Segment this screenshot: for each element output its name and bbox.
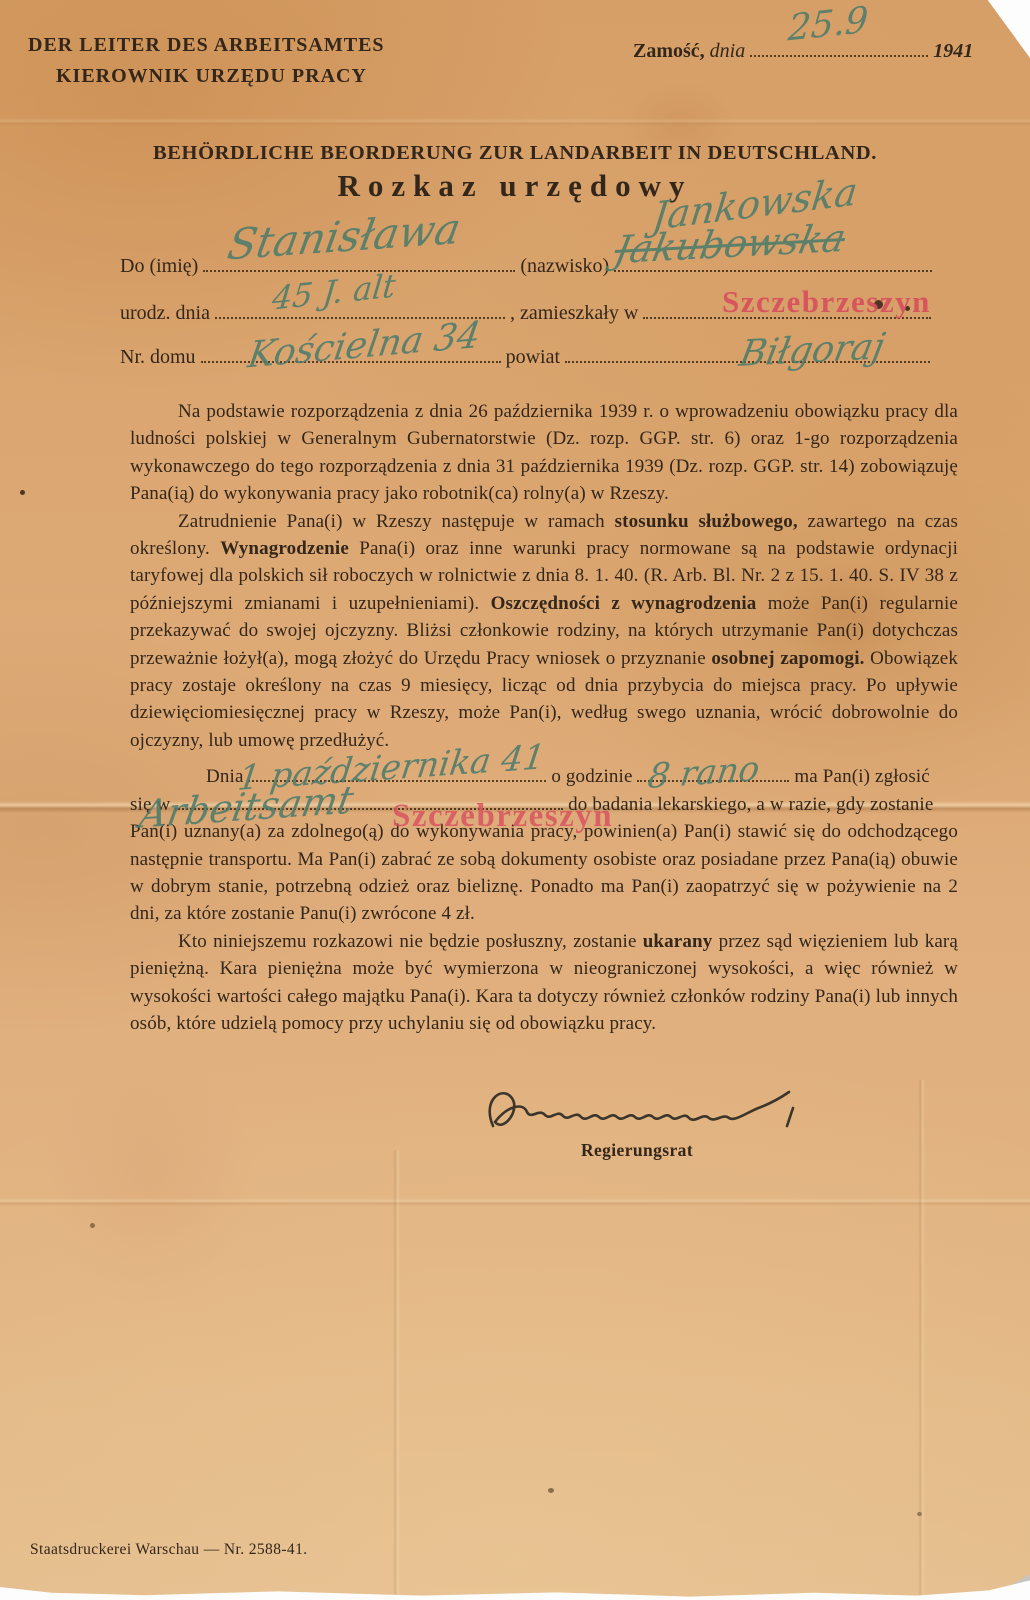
year-label: 1941 [933, 40, 973, 62]
residence-label: , zamieszkały w [510, 302, 638, 324]
document-title-german: BEHÖRDLICHE BEORDERUNG ZUR LANDARBEIT IN… [0, 142, 1030, 165]
place-label: Zamość, [633, 40, 705, 62]
house-label: Nr. domu [120, 346, 196, 368]
report-place-after: do badania lekarskiego, a w razie, gdy z… [568, 794, 933, 815]
date-word: dnia [710, 40, 746, 62]
after-hour-text: ma Pan(i) zgłosić [794, 766, 930, 787]
district-label: powiat [506, 346, 560, 368]
printer-imprint: Staatsdruckerei Warschau — Nr. 2588-41. [30, 1541, 308, 1559]
day-label: Dnia [206, 766, 244, 787]
recipient-form: Do (imię) (nazwisko) urodz. dnia , zamie… [120, 242, 960, 369]
place-date-line: Zamość, dnia 1941 [633, 40, 973, 63]
report-place-blank [175, 805, 563, 810]
issuer-polish-line: KIEROWNIK URZĘDU PRACY [28, 61, 385, 92]
paragraph-legal-basis: Na podstawie rozporządzenia z dnia 26 pa… [130, 398, 958, 508]
house-blank [201, 358, 501, 363]
issuer-german-line: DER LEITER DES ARBEITSAMTES [28, 30, 385, 61]
signatory-title: Regierungsrat [462, 1140, 812, 1161]
date-blank-line [750, 52, 928, 57]
order-body: Na podstawie rozporządzenia z dnia 26 pa… [130, 398, 958, 1037]
first-name-label: Do (imię) [120, 255, 198, 277]
hour-label: o godzinie [551, 766, 632, 787]
appointment-line-2: się w do badania lekarskiego, a w razie,… [130, 791, 958, 818]
report-date-blank [248, 777, 546, 782]
surname-label: (nazwisko) [520, 255, 609, 277]
first-name-blank [203, 267, 515, 272]
surname-blank [614, 267, 932, 272]
appointment-line-1: Dnia o godzinie ma Pan(i) zgłosić [130, 763, 958, 790]
issuing-authority: DER LEITER DES ARBEITSAMTES KIEROWNIK UR… [28, 30, 385, 92]
residence-blank [643, 314, 931, 319]
paragraph-penalties: Kto niniejszemu rozkazowi nie będzie pos… [130, 928, 958, 1038]
paragraph-transport-instructions: Pan(i) uznany(a) za zdolnego(ą) do wykon… [130, 818, 958, 928]
district-blank [565, 358, 930, 363]
report-time-blank [637, 777, 789, 782]
appointment-section: Dnia o godzinie ma Pan(i) zgłosić się w … [130, 763, 958, 927]
official-signature-scribble [467, 1082, 807, 1138]
document-title-polish: Rozkaz urzędowy [0, 168, 1030, 204]
signature-block: Regierungsrat [462, 1082, 812, 1161]
report-place-lead: się w [130, 794, 170, 815]
form-row-house-district: Nr. domu powiat [120, 346, 960, 369]
form-row-name: Do (imię) (nazwisko) [120, 255, 960, 278]
birth-blank [215, 314, 505, 319]
paragraph-employment-terms: Zatrudnienie Pana(i) w Rzeszy następuje … [130, 508, 958, 755]
scanned-document-page: DER LEITER DES ARBEITSAMTES KIEROWNIK UR… [0, 0, 1030, 1600]
form-row-birth-residence: urodz. dnia , zamieszkały w [120, 302, 960, 325]
birth-label: urodz. dnia [120, 302, 210, 324]
